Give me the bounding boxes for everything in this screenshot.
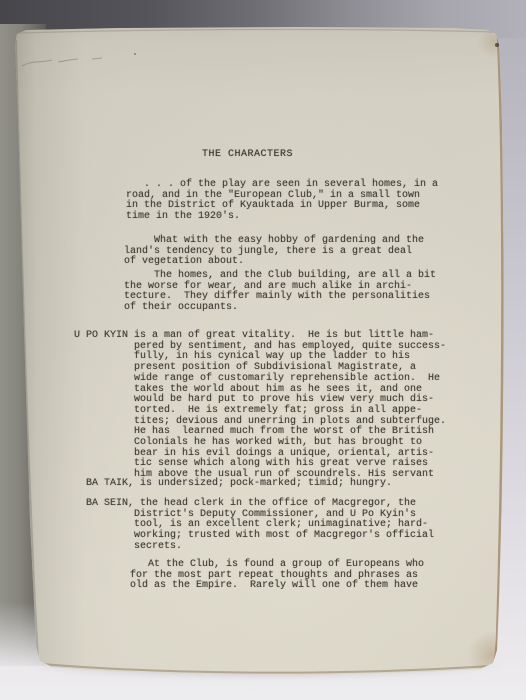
manuscript-page: THE CHARACTERS . . . of the play are see…	[0, 0, 526, 700]
paragraph-scenes: . . . of the play are seen in several ho…	[126, 180, 438, 223]
typescript-text: THE CHARACTERS . . . of the play are see…	[0, 0, 526, 700]
page-title: THE CHARACTERS	[202, 149, 293, 160]
paragraph-vegetation: What with the easy hobby of gardening an…	[124, 236, 424, 268]
paragraph-club: At the Club, is found a group of Europea…	[130, 560, 424, 592]
paragraph-ba-taik: BA TAIK, is undersized; pock-marked; tim…	[86, 479, 392, 490]
paragraph-ba-sein: BA SEIN, the head clerk in the office of…	[86, 499, 434, 553]
paragraph-homes: The homes, and the Club building, are al…	[124, 271, 436, 314]
photo-of-typed-manuscript-page: THE CHARACTERS . . . of the play are see…	[0, 0, 526, 700]
paragraph-u-po-kyin: U PO KYIN is a man of great vitality. He…	[74, 331, 446, 481]
